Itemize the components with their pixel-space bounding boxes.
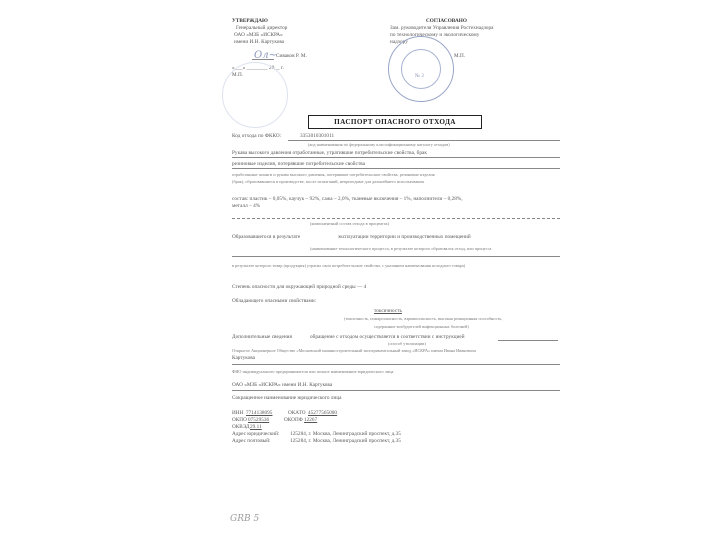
origin-hint: (наименование технологического процесса,… [310, 246, 491, 252]
okpo-label: ОКПО [232, 417, 247, 423]
agreed-heading: СОГЛАСОВАНО [426, 18, 467, 24]
okato-label: ОКАТО [288, 410, 306, 416]
extra-value: обращение с отходом осуществляется в соо… [310, 334, 465, 340]
composition-values-2: металл – 4% [232, 203, 260, 209]
agreed-mp: М.П. [454, 53, 465, 59]
document-title-box: ПАСПОРТ ОПАСНОГО ОТХОДА [308, 115, 482, 129]
approved-signatory: Сиваков Р. М. [276, 53, 307, 59]
org-line-2: Картукова [232, 355, 255, 361]
approved-heading: УТВЕРЖДАЮ [232, 18, 268, 24]
document-title: ПАСПОРТ ОПАСНОГО ОТХОДА [334, 118, 456, 126]
code-hint: (код наименования по федеральному класси… [308, 142, 450, 148]
document-page: УТВЕРЖДАЮ Генеральный директор ОАО «МЗБ … [228, 14, 564, 534]
hazard-value: токсичность [374, 308, 402, 314]
okato-value: 45277565000 [308, 410, 337, 416]
org-short: ОАО «МЗБ «ИСКРА» имени И.Н. Картукова [232, 382, 332, 388]
approved-line: Генеральный директор [236, 25, 287, 31]
origin-label: Образовавшегося в результате [232, 234, 300, 240]
org-line: Открытое Акционерное Общество «Московски… [232, 348, 476, 354]
approved-line: ОАО «МЗБ «ИСКРА» [234, 32, 283, 38]
agreed-line: по технологическому и экологическому [390, 32, 479, 38]
composition-line: (брак), образовавшиеся в производстве, п… [232, 179, 424, 185]
agreed-line: Зам. руководителя Управления Ростехнадзо… [390, 25, 494, 31]
okpo-value: 07529536 [248, 417, 269, 423]
post-address-label: Адрес почтовый: [232, 438, 271, 444]
official-stamp: № 2 [388, 36, 454, 102]
okopf-value: 12267 [304, 417, 317, 423]
stamp-number: № 2 [415, 73, 424, 79]
extra-hint: (способ утилизации) [388, 341, 426, 347]
code-label: Код отхода по ФККО: [232, 133, 281, 139]
inn-label: ИНН [232, 410, 243, 416]
origin-line-2: в результате которого товар (продукция) … [232, 263, 465, 269]
org-short-hint: Сокращенное наименование юридического ли… [232, 395, 342, 401]
okopf-label: ОКОПФ [284, 417, 303, 423]
code-value: 3353010301011 [300, 133, 334, 139]
origin-value: эксплуатации территории и производственн… [338, 234, 471, 240]
composition-line: отработанные шланги и рукава высокого да… [232, 172, 435, 178]
hazard-hint-2: содержание возбудителей инфекционных бол… [374, 324, 469, 330]
post-address-value: 125284, г. Москва, Ленинградский проспек… [290, 438, 401, 444]
composition-hint: (компонентный состав отхода в процентах) [310, 221, 389, 227]
okved-label: ОКВЭД [232, 424, 249, 430]
inn-value: 7714138095 [246, 410, 272, 416]
composition-values: состав: пластик – 0,05%, каучук – 92%, с… [232, 196, 463, 202]
hazard-line-2: Обладающего опасными свойствами: [232, 298, 316, 304]
hazard-hint: (токсичность, пожароопасность, взрывоопа… [344, 316, 502, 322]
name-line: Рукава высокого давления отработанные, у… [232, 150, 427, 156]
stamp-faint [222, 62, 288, 128]
extra-label: Дополнительные сведения [232, 334, 292, 340]
org-hint: ФИО индивидуального предпринимателя или … [232, 369, 393, 375]
legal-address-value: 125284, г. Москва, Ленинградский проспек… [290, 431, 401, 437]
legal-address-label: Адрес юридический: [232, 431, 279, 437]
hazard-line: Степень опасности для окружающей природн… [232, 284, 366, 290]
okved-value: 29.11 [250, 424, 262, 430]
name-line-2: резиновые изделия, потерявшие потребител… [232, 161, 365, 167]
approved-line: имени И.Н. Картукова [234, 39, 284, 45]
footer-signature: GRB 5 [230, 514, 259, 524]
